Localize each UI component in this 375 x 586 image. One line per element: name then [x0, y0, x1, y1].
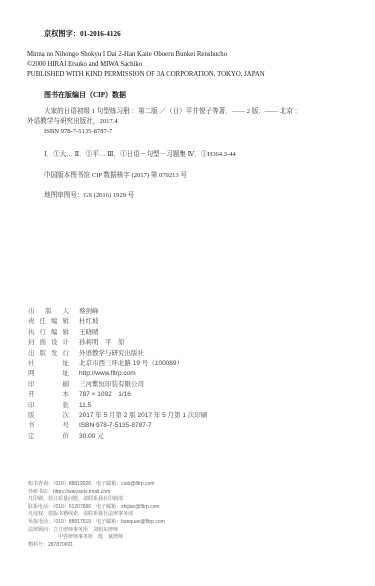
piracy-notice: 凡侵权、盗版书籍线索，请联系我社法律事务部: [28, 511, 165, 519]
cip-isbn: ISBN 978-7-5135-8787-7: [27, 127, 367, 137]
credit-label: 定价: [28, 432, 69, 442]
credit-row: 出版发行外语教学与研究出版社: [28, 349, 207, 359]
credit-label-char: 本: [63, 390, 70, 400]
print-quality-notice: 凡印刷、装订质量问题，请联系我社印制部: [28, 496, 165, 504]
credit-value: 2017 年 5 月第 2 版 2017 年 5 月第 1 次印刷: [79, 411, 207, 421]
copyright-registration-number: 京权图字：01-2016-4126: [44, 29, 121, 39]
copyright-page: 京权图字：01-2016-4126 Minna no Nihongo Shoky…: [0, 0, 375, 586]
credit-value: 30.00 元: [79, 432, 104, 442]
purchase-inquiry: 购书咨询：（010）88819926 电子邮箱：club@fltrp.com: [28, 481, 165, 489]
credit-label-char: 址: [63, 359, 70, 369]
credit-label-char: 设: [51, 338, 58, 348]
credit-label-char: 行: [40, 328, 47, 338]
credit-row: 封面设计孙莉明 平 原: [28, 338, 207, 348]
credit-label-char: 版: [45, 307, 52, 317]
footer-contact-info: 购书咨询：（010）88819926 电子邮箱：club@fltrp.com 外…: [28, 481, 165, 549]
credit-row: 出版人蔡剑峰: [28, 307, 207, 317]
credit-label: 出版人: [28, 307, 69, 317]
cip-classification: Ⅰ．①大… Ⅱ．①平… Ⅲ．①日语－句型－习题集 Ⅳ．①H364.3-44: [44, 148, 236, 158]
credit-value: 王晓晴: [79, 328, 99, 338]
credit-label-char: 印: [28, 380, 35, 390]
credit-label: 印张: [28, 401, 69, 411]
credit-row: 印张11.5: [28, 401, 207, 411]
cip-verification: 中国版本图书馆 CIP 数据核字 (2017) 第 079213 号: [44, 169, 187, 179]
credit-row: 网址http://www.fltrp.com: [28, 369, 207, 379]
credit-value: 北京市西三环北路 19 号（100089）: [79, 359, 183, 369]
credit-label-char: 印: [28, 401, 35, 411]
credit-value: 11.5: [79, 401, 91, 411]
credit-value: 蔡剑峰: [79, 307, 99, 317]
cip-entry-line1: 大家的日语初级 1 句型练习册 ：第二版 ／（日）平井悦子等著．—— 2 版．—…: [27, 107, 367, 117]
credit-label-char: 计: [63, 338, 70, 348]
credit-label: 印刷: [28, 380, 69, 390]
credit-row: 执行编辑王晓晴: [28, 328, 207, 338]
credit-value: 三河紫恒印装有限公司: [79, 380, 144, 390]
publication-credits: 出版人蔡剑峰责任编辑杜红坡执行编辑王晓晴封面设计孙莉明 平 原出版发行外语教学与…: [28, 307, 207, 442]
credit-label-char: 址: [63, 369, 70, 379]
credit-value: ISBN 978-7-5135-8787-7: [79, 421, 152, 431]
credit-row: 定价30.00 元: [28, 432, 207, 442]
credit-row: 开本787 × 1092 1/16: [28, 390, 207, 400]
credit-label-char: 出: [28, 307, 35, 317]
credit-label: 开本: [28, 390, 69, 400]
credit-label-char: 封: [28, 338, 35, 348]
credit-label-char: 书: [28, 421, 35, 431]
credit-label-char: 行: [63, 349, 70, 359]
credit-label-char: 辑: [63, 328, 70, 338]
credit-label-char: 开: [28, 390, 35, 400]
credit-label-char: 编: [51, 317, 58, 327]
credit-row: 书号ISBN 978-7-5135-8787-7: [28, 421, 207, 431]
original-copyright: ©2000 HIRAI Etsuko and MIWA Sachiko: [27, 60, 265, 70]
map-approval-number: 地图审图号：GS (2016) 1929 号: [44, 189, 134, 199]
credit-label-char: 发: [51, 349, 58, 359]
credit-value: http://www.fltrp.com: [79, 369, 136, 379]
credit-label-char: 刷: [63, 380, 70, 390]
legal-counsel-2: 中咨律师事务所 殷 斌律师: [28, 534, 165, 542]
credit-label-char: 社: [28, 359, 35, 369]
credit-label-char: 执: [28, 328, 35, 338]
credit-label-char: 网: [28, 369, 35, 379]
credit-value: 787 × 1092 1/16: [79, 390, 131, 400]
credit-label: 执行编辑: [28, 328, 69, 338]
credit-label-char: 编: [51, 328, 58, 338]
credit-label-char: 张: [63, 401, 70, 411]
credit-label: 责任编辑: [28, 317, 69, 327]
credit-row: 社址北京市西三环北路 19 号（100089）: [28, 359, 207, 369]
credit-row: 责任编辑杜红坡: [28, 317, 207, 327]
credit-value: 外语教学与研究出版社: [79, 349, 144, 359]
credit-row: 印刷三河紫恒印装有限公司: [28, 380, 207, 390]
credit-label: 出版发行: [28, 349, 69, 359]
material-number: 物料号：287870001: [28, 542, 165, 550]
credit-label: 版次: [28, 411, 69, 421]
credit-label-char: 版: [40, 349, 47, 359]
credit-label-char: 定: [28, 432, 35, 442]
credit-label-char: 价: [63, 432, 70, 442]
credit-value: 杜红坡: [79, 317, 99, 327]
credit-row: 版次2017 年 5 月第 2 版 2017 年 5 月第 1 次印刷: [28, 411, 207, 421]
credit-label-char: 辑: [63, 317, 70, 327]
cip-entry-line2: 外语教学与研究出版社，2017.4: [27, 117, 367, 127]
cip-heading: 图书在版编目（CIP）数据: [44, 90, 126, 100]
original-title: Minna no Nihongo Shokyu I Dai 2-Han Kait…: [27, 50, 265, 60]
original-title-block: Minna no Nihongo Shokyu I Dai 2-Han Kait…: [27, 50, 265, 80]
credit-label-char: 出: [28, 349, 35, 359]
credit-label-char: 人: [63, 307, 70, 317]
credit-label: 网址: [28, 369, 69, 379]
credit-label: 书号: [28, 421, 69, 431]
permission-notice: PUBLISHED WITH KIND PERMISSION OF 3A COR…: [27, 70, 265, 80]
cip-entry: 大家的日语初级 1 句型练习册 ：第二版 ／（日）平井悦子等著．—— 2 版．—…: [27, 107, 367, 137]
credit-label-char: 面: [40, 338, 47, 348]
credit-label-char: 次: [63, 411, 70, 421]
credit-label-char: 责: [28, 317, 35, 327]
credit-label: 社址: [28, 359, 69, 369]
credit-label-char: 任: [40, 317, 47, 327]
credit-label-char: 版: [28, 411, 35, 421]
credit-label-char: 号: [63, 421, 70, 431]
credit-label: 封面设计: [28, 338, 69, 348]
piracy-report-contact: 举报电话：（010）88817519 电子邮箱：banquan@fltrp.co…: [28, 519, 165, 527]
credit-value: 孙莉明 平 原: [79, 338, 125, 348]
